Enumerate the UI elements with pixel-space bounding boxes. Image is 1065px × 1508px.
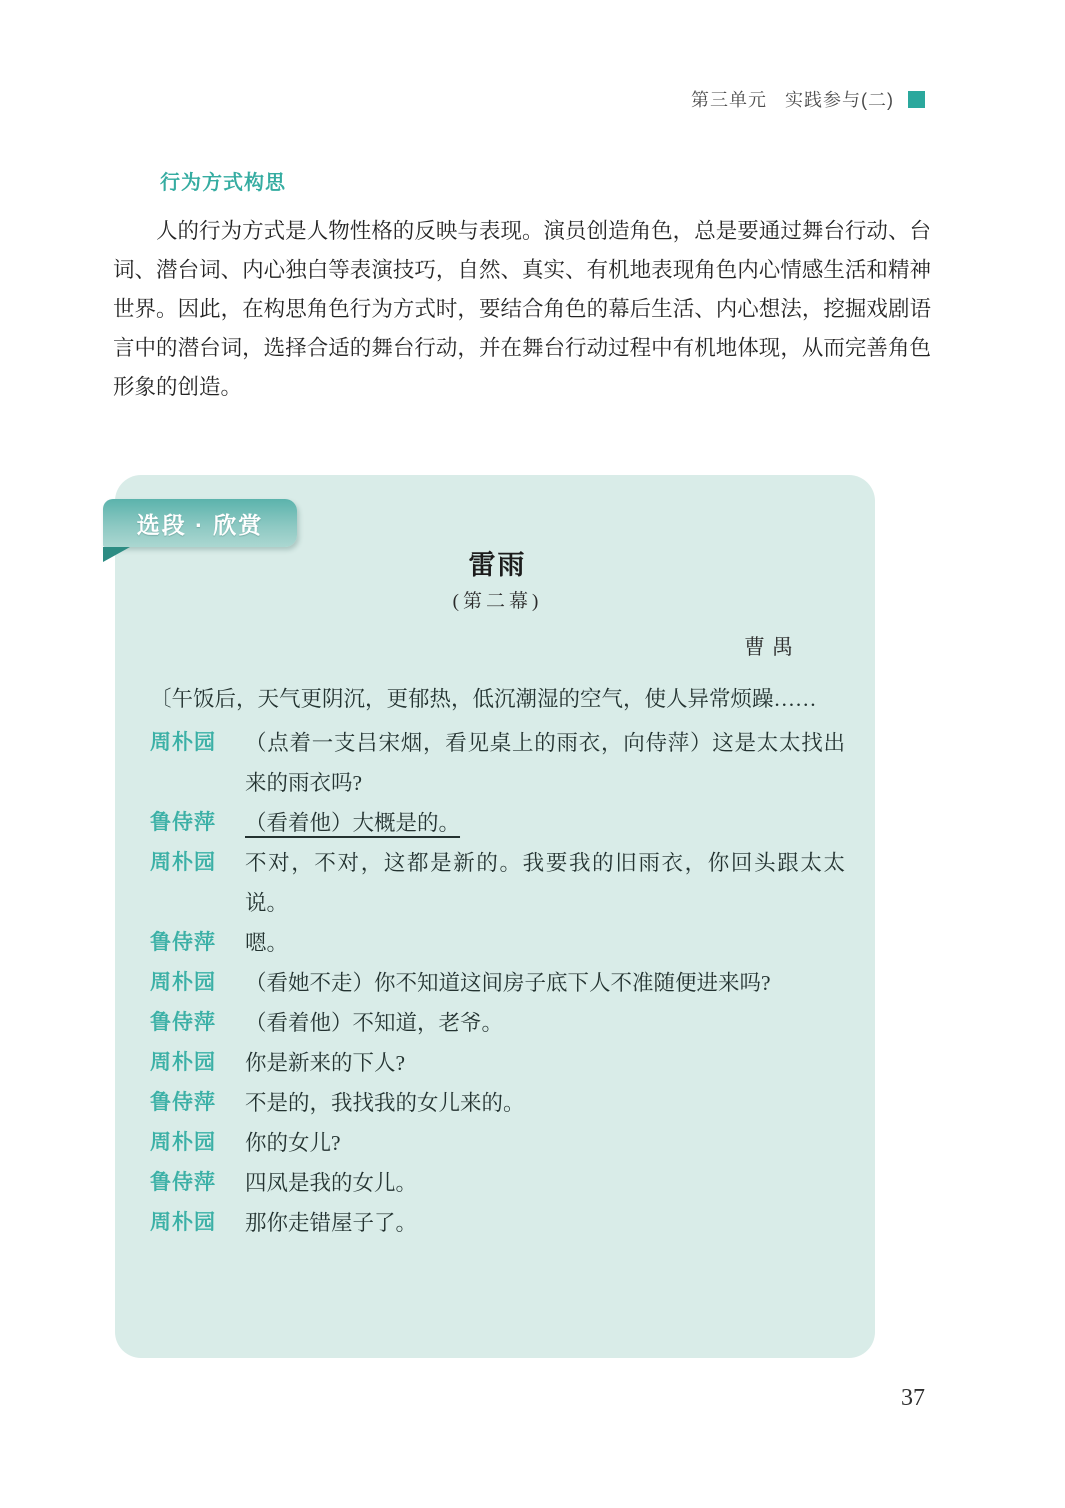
dialogue-row: 周朴园 （看她不走）你不知道这间房子底下人不准随便进来吗? bbox=[150, 963, 845, 1003]
dialogue-row: 周朴园 那你走错屋子了。 bbox=[150, 1203, 845, 1243]
page-number: 37 bbox=[901, 1385, 925, 1412]
dialogue-row: 鲁侍萍 （看着他）不知道，老爷。 bbox=[150, 1003, 845, 1043]
dialogue-text: （看着他）大概是的。 bbox=[245, 803, 845, 843]
excerpt-tab-label: 选段 · 欣赏 bbox=[137, 507, 263, 540]
stage-direction: 〔午饭后，天气更阴沉，更郁热，低沉潮湿的空气，使人异常烦躁…… bbox=[150, 679, 845, 719]
speaker-name: 周朴园 bbox=[150, 1123, 245, 1163]
dialogue-row: 周朴园 你是新来的下人? bbox=[150, 1043, 845, 1083]
dialogue-text: 那你走错屋子了。 bbox=[245, 1203, 845, 1243]
excerpt-subtitle: (第二幕) bbox=[150, 585, 845, 619]
dialogue-text: 嗯。 bbox=[245, 923, 845, 963]
dialogue-text: 四凤是我的女儿。 bbox=[245, 1163, 845, 1203]
speaker-name: 周朴园 bbox=[150, 843, 245, 883]
speaker-name: 周朴园 bbox=[150, 1043, 245, 1083]
dialogue-text: （看她不走）你不知道这间房子底下人不准随便进来吗? bbox=[245, 963, 845, 1003]
dialogue-text: 你是新来的下人? bbox=[245, 1043, 845, 1083]
dialogue-row: 周朴园 （点着一支吕宋烟，看见桌上的雨衣，向侍萍）这是太太找出来的雨衣吗? bbox=[150, 723, 845, 803]
dialogue-text: 不是的，我找我的女儿来的。 bbox=[245, 1083, 845, 1123]
dialogue-row: 鲁侍萍 四凤是我的女儿。 bbox=[150, 1163, 845, 1203]
dialogue-text: （看着他）不知道，老爷。 bbox=[245, 1003, 845, 1043]
dialogue-row: 周朴园 你的女儿? bbox=[150, 1123, 845, 1163]
section-marker-square bbox=[908, 91, 925, 108]
concept-paragraph: 人的行为方式是人物性格的反映与表现。演员创造角色，总是要通过舞台行动、台词、潜台… bbox=[113, 212, 931, 407]
dialogue-row: 鲁侍萍 （看着他）大概是的。 bbox=[150, 803, 845, 843]
dialogue-list: 周朴园 （点着一支吕宋烟，看见桌上的雨衣，向侍萍）这是太太找出来的雨衣吗? 鲁侍… bbox=[150, 723, 845, 1243]
excerpt-box: 选段 · 欣赏 雷雨 (第二幕) 曹禺 〔午饭后，天气更阴沉，更郁热，低沉潮湿的… bbox=[115, 475, 875, 1358]
excerpt-author: 曹禺 bbox=[150, 629, 845, 665]
running-head-section: 实践参与(二) bbox=[785, 86, 894, 112]
excerpt-title: 雷雨 bbox=[150, 545, 845, 585]
speaker-name: 周朴园 bbox=[150, 723, 245, 763]
running-head: 第三单元 实践参与(二) bbox=[691, 86, 925, 112]
dialogue-text: 不对，不对，这都是新的。我要我的旧雨衣，你回头跟太太说。 bbox=[245, 843, 845, 923]
dialogue-text: 你的女儿? bbox=[245, 1123, 845, 1163]
speaker-name: 鲁侍萍 bbox=[150, 1003, 245, 1043]
speaker-name: 鲁侍萍 bbox=[150, 1163, 245, 1203]
speaker-name: 周朴园 bbox=[150, 963, 245, 1003]
speaker-name: 周朴园 bbox=[150, 1203, 245, 1243]
textbook-page: 第三单元 实践参与(二) 行为方式构思 人的行为方式是人物性格的反映与表现。演员… bbox=[0, 0, 1065, 1508]
dialogue-text: （点着一支吕宋烟，看见桌上的雨衣，向侍萍）这是太太找出来的雨衣吗? bbox=[245, 723, 845, 803]
speaker-name: 鲁侍萍 bbox=[150, 923, 245, 963]
dialogue-row: 鲁侍萍 嗯。 bbox=[150, 923, 845, 963]
speaker-name: 鲁侍萍 bbox=[150, 803, 245, 843]
dialogue-row: 鲁侍萍 不是的，我找我的女儿来的。 bbox=[150, 1083, 845, 1123]
concept-heading: 行为方式构思 bbox=[160, 166, 286, 195]
speaker-name: 鲁侍萍 bbox=[150, 1083, 245, 1123]
running-head-unit: 第三单元 bbox=[691, 86, 767, 112]
dialogue-row: 周朴园 不对，不对，这都是新的。我要我的旧雨衣，你回头跟太太说。 bbox=[150, 843, 845, 923]
tab-fold-triangle bbox=[103, 547, 130, 562]
excerpt-tab: 选段 · 欣赏 bbox=[103, 499, 297, 547]
